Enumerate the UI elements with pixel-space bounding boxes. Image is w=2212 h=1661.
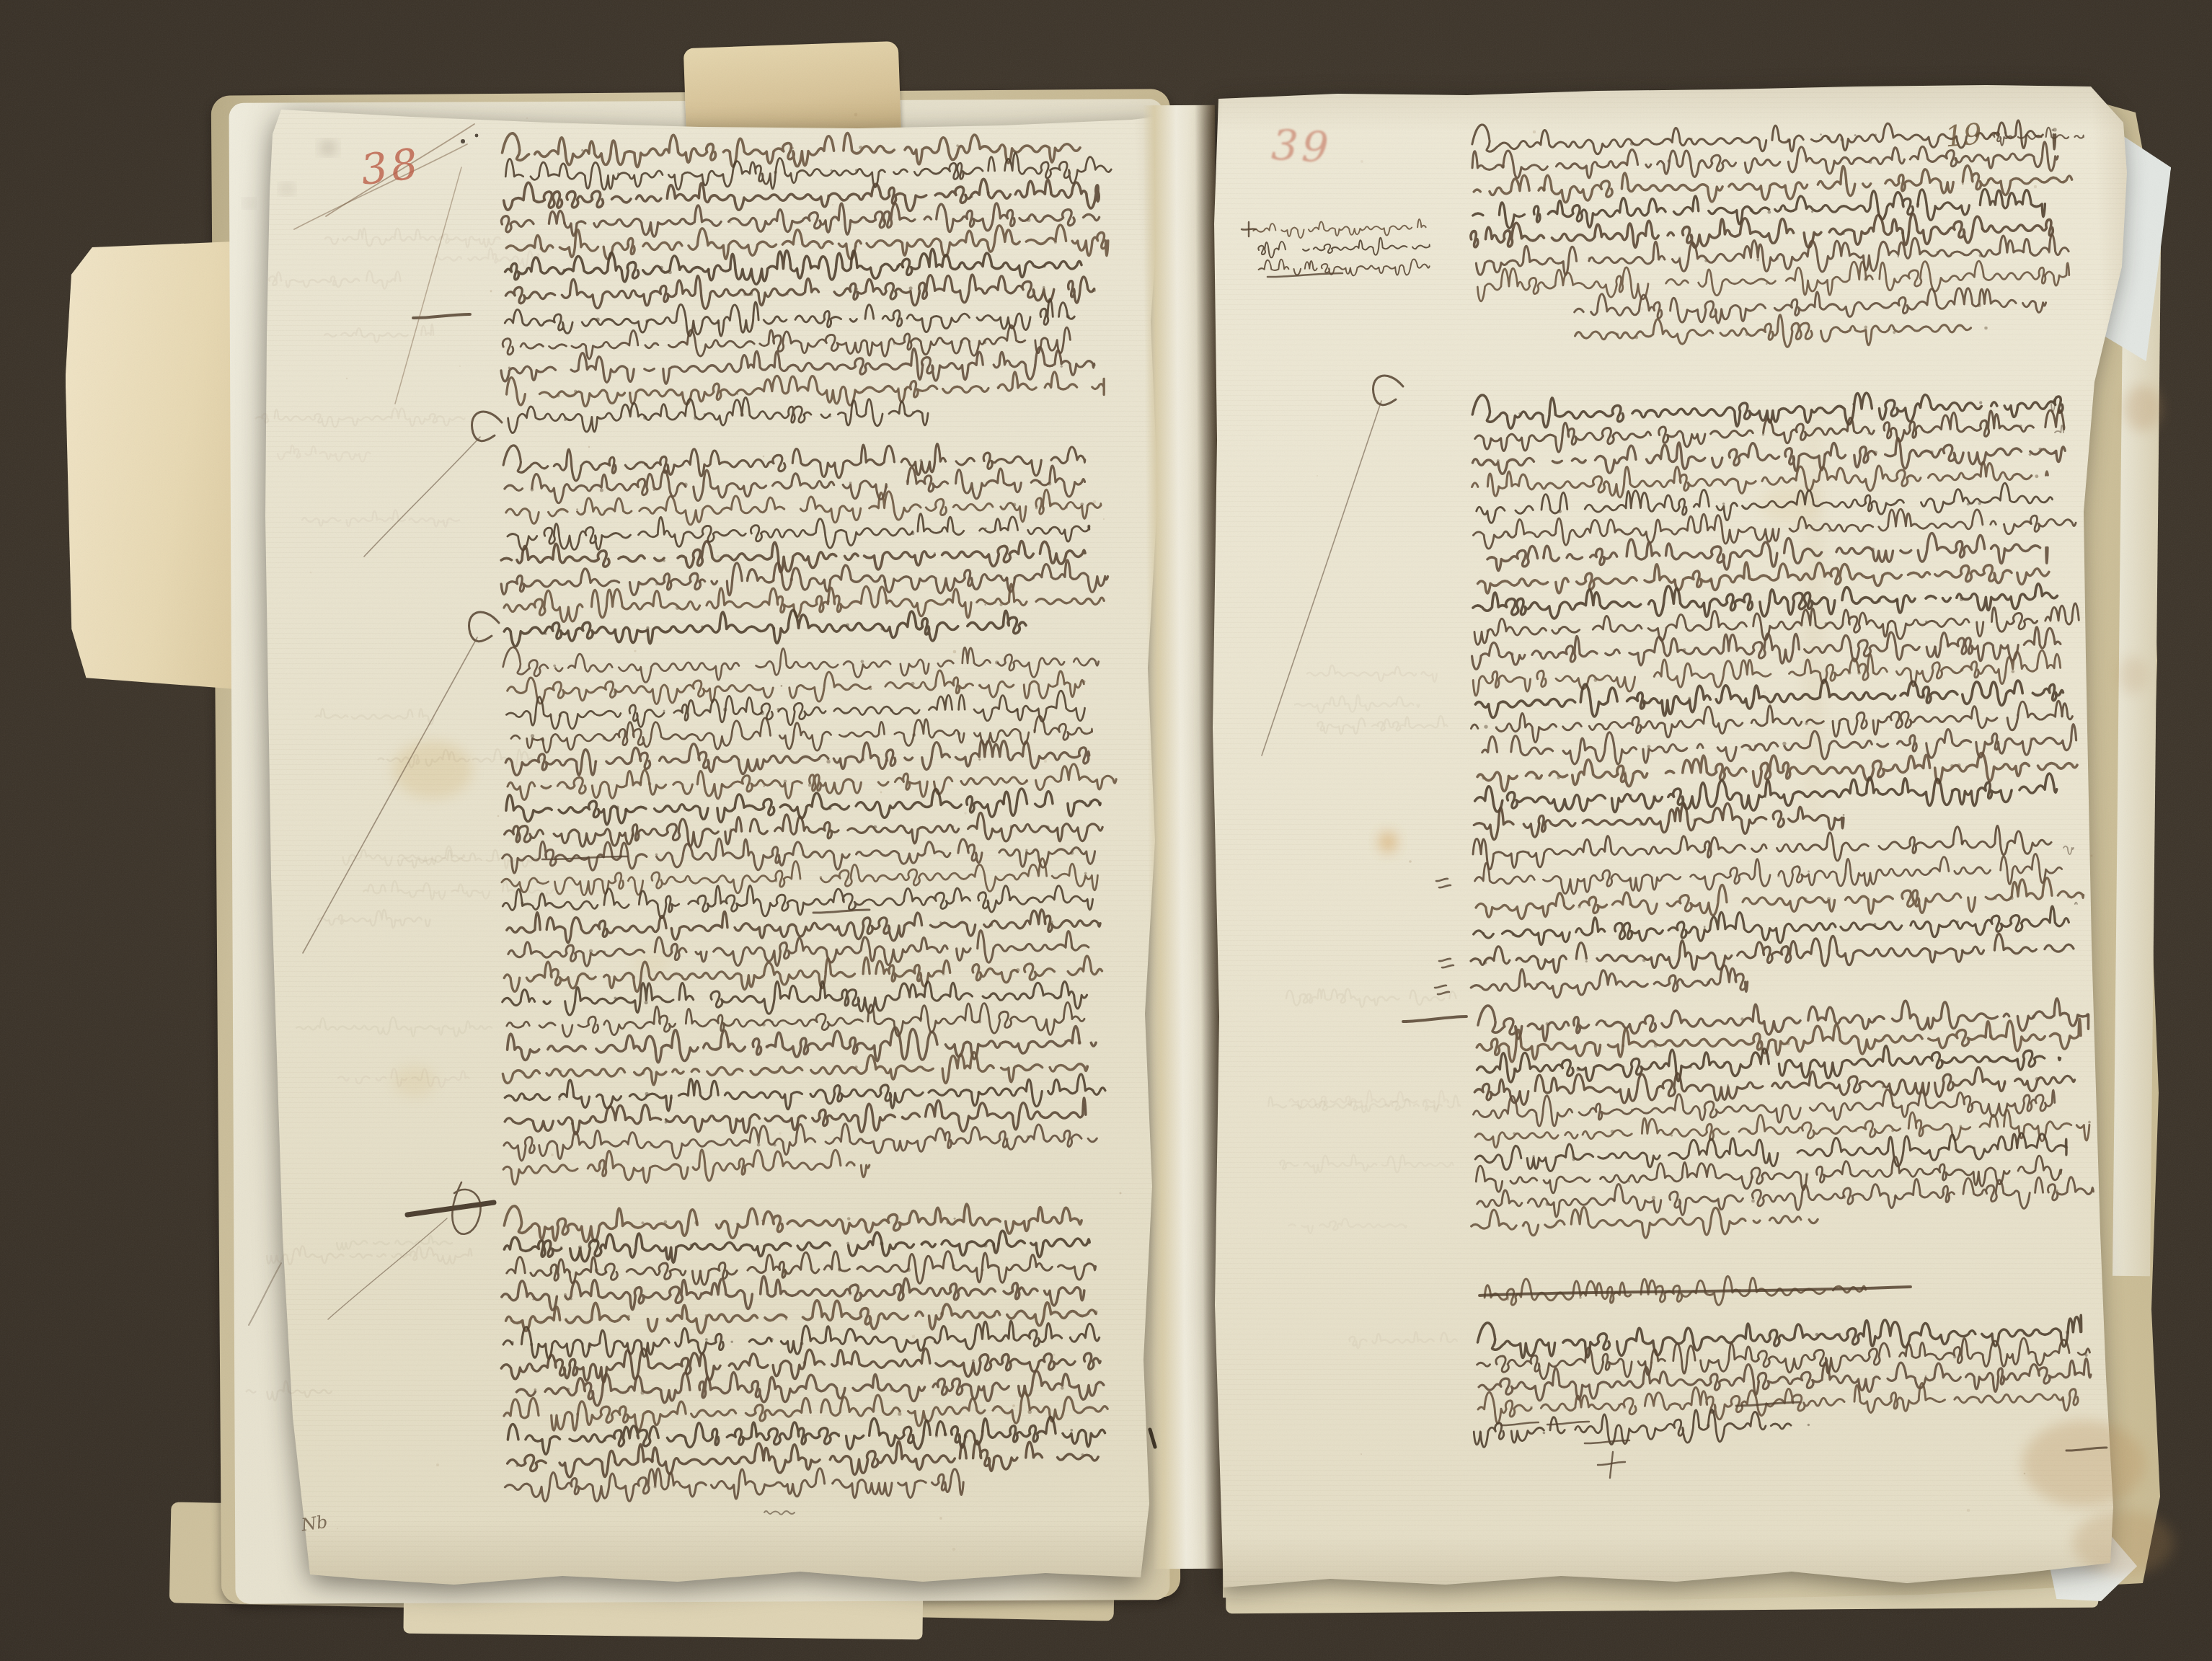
ink-overlay: 38 39 19 Nb (0, 0, 2212, 1661)
photo-of-open-manuscript-book: { "photo": { "background_color": "#3a322… (0, 0, 2212, 1661)
photo-grain (0, 0, 2212, 1661)
